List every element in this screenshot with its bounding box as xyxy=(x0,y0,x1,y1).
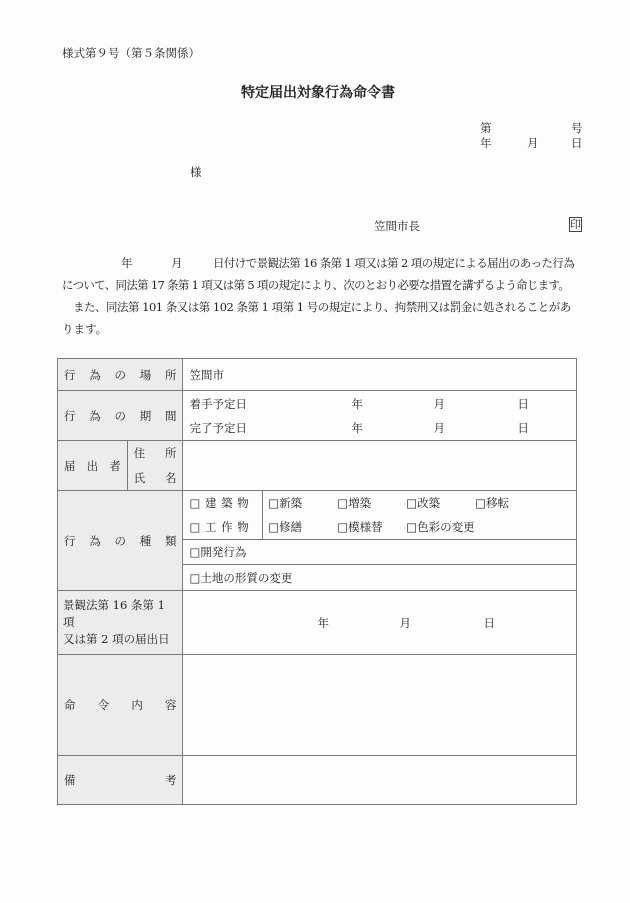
doc-number-suffix: 号 xyxy=(571,120,583,136)
label-remarks: 備 考 xyxy=(58,756,183,805)
issue-date-year: 年 xyxy=(480,135,492,151)
option-new[interactable]: □新築 xyxy=(268,495,337,511)
end-date-label: 完了予定日 xyxy=(189,420,351,436)
label-location: 行 為 の 場 所 xyxy=(58,359,183,391)
building-checkbox[interactable]: □ 建 築 物 xyxy=(189,491,256,515)
label-notification-date: 景観法第 16 条第 1 項 又は第 2 項の届出日 xyxy=(58,591,183,655)
row-notifier-address: 届 出 者 住 所 xyxy=(58,441,577,466)
remarks-field[interactable] xyxy=(183,756,577,805)
structure-checkbox[interactable]: □ 工 作 物 xyxy=(189,515,256,539)
label-order-content: 命 令 内 容 xyxy=(58,655,183,756)
development-checkbox[interactable]: □開発行為 xyxy=(183,540,577,565)
option-extension[interactable]: □増築 xyxy=(337,495,406,511)
land-change-checkbox[interactable]: □土地の形質の変更 xyxy=(183,565,577,591)
body-line1: 日付けで景観法第 16 条第 1 項又は第 2 項の規定による届出のあった行為 xyxy=(213,255,574,271)
doc-number-prefix: 第 xyxy=(480,120,492,136)
issue-date-month: 月 xyxy=(527,135,539,151)
notification-date-field[interactable]: 年 月 日 xyxy=(183,591,577,655)
structure-options: □修繕 □模様替 □色彩の変更 xyxy=(268,515,571,539)
order-form-table: 行 為 の 場 所 笠間市 行 為 の 期 間 xyxy=(57,358,577,805)
issue-date-day: 日 xyxy=(571,135,583,151)
body-month: 月 xyxy=(171,255,183,271)
option-remodel[interactable]: □模様替 xyxy=(337,519,406,535)
option-rebuild[interactable]: □改築 xyxy=(406,495,475,511)
body-line2: について、同法第 17 条第 1 項又は第 5 項の規定により、次のとおり必要な… xyxy=(62,277,569,293)
row-action-type-main: 行 為 の 種 類 □ 建 築 物 □ 工 作 物 □新築 □増築 □改築 □移… xyxy=(58,491,577,540)
building-options: □新築 □増築 □改築 □移転 xyxy=(268,491,571,515)
label-name: 氏 名 xyxy=(127,466,183,491)
order-document: 様式第９号（第５条関係） 特定届出対象行為命令書 第 号 年 月 日 様 笠間市… xyxy=(0,0,630,903)
end-date-line: 完了予定日 年 月 日 xyxy=(189,416,570,440)
label-address: 住 所 xyxy=(127,441,183,466)
notifier-field[interactable] xyxy=(183,441,577,491)
row-notification-date: 景観法第 16 条第 1 項 又は第 2 項の届出日 年 月 日 xyxy=(58,591,577,655)
label-action-type: 行 為 の 種 類 xyxy=(58,491,183,591)
body-line4: ります。 xyxy=(62,321,107,337)
form-id: 様式第９号（第５条関係） xyxy=(62,45,200,61)
row-remarks: 備 考 xyxy=(58,756,577,805)
row-location: 行 為 の 場 所 笠間市 xyxy=(58,359,577,391)
body-line3: また、同法第 101 条又は第 102 条第 1 項第 1 号の規定により、拘禁… xyxy=(62,299,571,315)
label-notifier: 届 出 者 xyxy=(58,441,128,491)
seal-mark: 印 xyxy=(569,217,582,232)
addressee-suffix: 様 xyxy=(190,164,202,180)
row-order-content: 命 令 内 容 xyxy=(58,655,577,756)
label-period: 行 為 の 期 間 xyxy=(58,391,183,441)
order-content-field[interactable] xyxy=(183,655,577,756)
option-color-change[interactable]: □色彩の変更 xyxy=(406,519,474,535)
issuer-name: 笠間市長 xyxy=(374,218,420,234)
start-date-label: 着手予定日 xyxy=(189,396,351,412)
start-date-line: 着手予定日 年 月 日 xyxy=(189,392,570,416)
row-period: 行 為 の 期 間 着手予定日 年 月 日 完了予定日 年 月 xyxy=(58,391,577,441)
option-relocation[interactable]: □移転 xyxy=(475,495,509,511)
building-structure-column: □ 建 築 物 □ 工 作 物 xyxy=(183,491,263,540)
option-repair[interactable]: □修繕 xyxy=(268,519,337,535)
location-field[interactable]: 笠間市 xyxy=(183,359,577,391)
document-title: 特定届出対象行為命令書 xyxy=(0,82,630,102)
body-year: 年 xyxy=(121,255,133,271)
construction-options: □新築 □増築 □改築 □移転 □修繕 □模様替 □色彩の変更 xyxy=(263,491,577,540)
period-field[interactable]: 着手予定日 年 月 日 完了予定日 年 月 日 xyxy=(183,391,577,441)
